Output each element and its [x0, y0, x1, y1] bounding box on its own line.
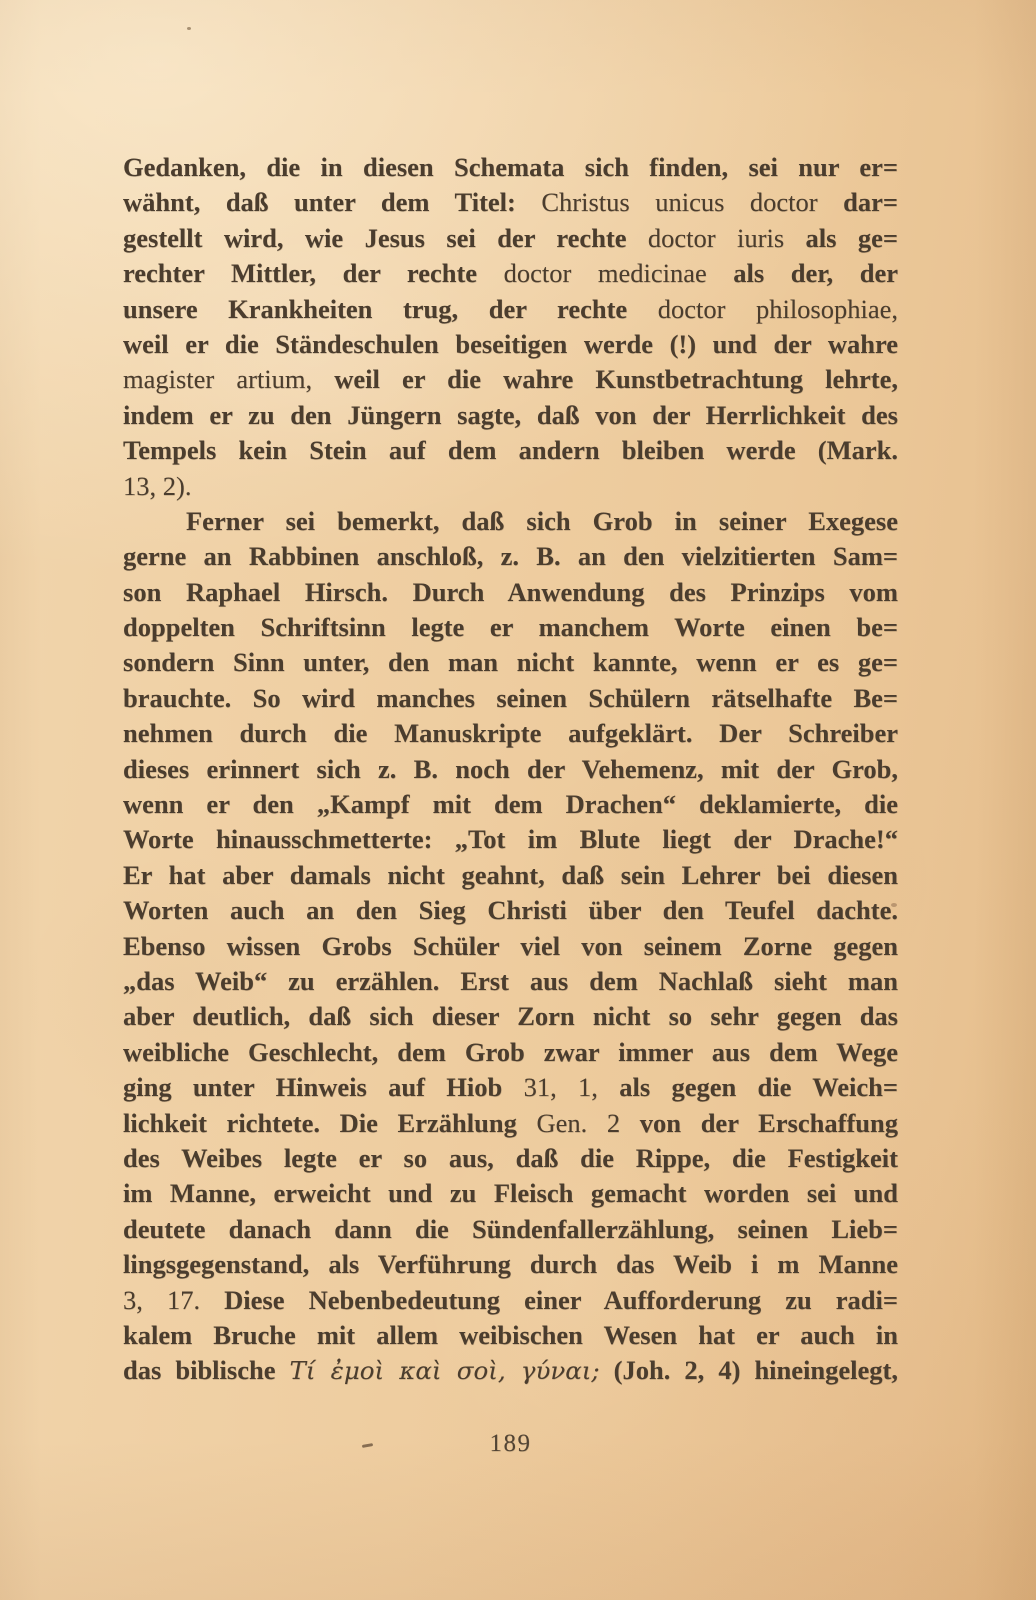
- text-line: indem er zu den Jüngern sagte, daß von d…: [123, 398, 898, 433]
- text-line-content: indem er zu den Jüngern sagte, daß von d…: [123, 400, 898, 430]
- text-segment-fraktur: aber deutlich, daß sich dieser Zorn nich…: [123, 1001, 898, 1031]
- text-line: Tempels kein Stein auf dem andern bleibe…: [123, 433, 898, 468]
- text-segment-fraktur: Ferner sei bemerkt, daß sich Grob in sei…: [186, 506, 898, 536]
- text-segment-greek: Τί ἐμοὶ καὶ σοὶ, γύναι;: [290, 1356, 600, 1385]
- text-segment-fraktur: wenn er den „Kampf mit dem Drachen“ dekl…: [123, 789, 898, 819]
- text-line: kalem Bruche mit allem weibischen Wesen …: [123, 1318, 898, 1353]
- paper-speck: [187, 27, 191, 30]
- text-line: „das Weib“ zu erzählen. Erst aus dem Nac…: [123, 964, 898, 999]
- text-line-content: lichkeit richtete. Die Erzählung Gen. 2 …: [123, 1108, 898, 1138]
- text-line-content: gestellt wird, wie Jesus sei der rechte …: [123, 223, 898, 253]
- text-line: nehmen durch die Manuskripte aufgeklärt.…: [123, 716, 898, 751]
- text-segment-fraktur: Tempels kein Stein auf dem andern bleibe…: [123, 435, 898, 465]
- text-line: Gedanken, die in diesen Schemata sich fi…: [123, 150, 898, 185]
- text-segment-fraktur: doppelten Schriftsinn legte er manchem W…: [123, 612, 898, 642]
- text-segment-antiqua: Gen. 2: [536, 1108, 620, 1138]
- text-line-content: rechter Mittler, der rechte doctor medic…: [123, 258, 898, 288]
- text-segment-fraktur: Er hat aber damals nicht geahnt, daß sei…: [123, 860, 898, 890]
- text-line-content: 3, 17. Diese Nebenbedeutung einer Auffor…: [123, 1285, 898, 1315]
- text-segment-fraktur: deutete danach dann die Sündenfallerzähl…: [123, 1214, 898, 1244]
- text-segment-fraktur: Gedanken, die in diesen Schemata sich fi…: [123, 152, 898, 182]
- text-segment-fraktur: ging unter Hinweis auf Hiob: [123, 1072, 524, 1102]
- text-line: gerne an Rabbinen anschloß, z. B. an den…: [123, 539, 898, 574]
- text-segment-fraktur: weil er die wahre Kunstbetrachtung lehrt…: [312, 364, 898, 394]
- text-segment-fraktur: indem er zu den Jüngern sagte, daß von d…: [123, 400, 898, 430]
- text-line-content: 13, 2).: [123, 471, 191, 501]
- text-line-content: „das Weib“ zu erzählen. Erst aus dem Nac…: [123, 966, 898, 996]
- text-line: im Manne, erweicht und zu Fleisch gemach…: [123, 1176, 898, 1211]
- text-line-content: son Raphael Hirsch. Durch Anwendung des …: [123, 577, 898, 607]
- text-segment-fraktur: kalem Bruche mit allem weibischen Wesen …: [123, 1320, 898, 1350]
- text-line-content: gerne an Rabbinen anschloß, z. B. an den…: [123, 541, 898, 571]
- text-line: Worte hinausschmetterte: „Tot im Blute l…: [123, 822, 898, 857]
- text-segment-fraktur: gerne an Rabbinen anschloß, z. B. an den…: [123, 541, 898, 571]
- text-line-content: Gedanken, die in diesen Schemata sich fi…: [123, 152, 898, 182]
- text-segment-fraktur: als der, der: [707, 258, 898, 288]
- text-segment-fraktur: son Raphael Hirsch. Durch Anwendung des …: [123, 577, 898, 607]
- text-segment-fraktur: als gegen die Weich=: [598, 1072, 898, 1102]
- text-segment-fraktur: rechter Mittler, der rechte: [123, 258, 504, 288]
- text-line: 3, 17. Diese Nebenbedeutung einer Auffor…: [123, 1283, 898, 1318]
- text-line-content: kalem Bruche mit allem weibischen Wesen …: [123, 1320, 898, 1350]
- text-line: Ebenso wissen Grobs Schüler viel von sei…: [123, 929, 898, 964]
- text-line-content: Ebenso wissen Grobs Schüler viel von sei…: [123, 931, 898, 961]
- text-segment-fraktur: als ge=: [784, 223, 898, 253]
- text-line-content: lingsgegenstand, als Verführung durch da…: [123, 1249, 898, 1279]
- text-line-content: Worten auch an den Sieg Christi über den…: [123, 895, 898, 925]
- text-segment-fraktur: lichkeit richtete. Die Erzählung: [123, 1108, 536, 1138]
- text-line: Worten auch an den Sieg Christi über den…: [123, 893, 898, 928]
- text-segment-antiqua: doctor philosophiae,: [658, 294, 898, 324]
- text-segment-fraktur: nehmen durch die Manuskripte aufgeklärt.…: [123, 718, 898, 748]
- text-line: deutete danach dann die Sündenfallerzähl…: [123, 1212, 898, 1247]
- text-segment-fraktur: weil er die Ständeschulen beseitigen wer…: [123, 329, 898, 359]
- text-segment-fraktur: weibliche Geschlecht, dem Grob zwar imme…: [123, 1037, 898, 1067]
- text-line-content: wähnt, daß unter dem Titel: Christus uni…: [123, 187, 898, 217]
- text-line-content: das biblische Τί ἐμοὶ καὶ σοὶ, γύναι; (J…: [123, 1355, 898, 1385]
- text-line: Ferner sei bemerkt, daß sich Grob in sei…: [123, 504, 898, 539]
- text-line-content: weil er die Ständeschulen beseitigen wer…: [123, 329, 898, 359]
- text-segment-fraktur: Ebenso wissen Grobs Schüler viel von sei…: [123, 931, 898, 961]
- text-line-content: ging unter Hinweis auf Hiob 31, 1, als g…: [123, 1072, 898, 1102]
- text-segment-fraktur: von der Erschaffung: [620, 1108, 898, 1138]
- text-segment-fraktur: (Joh. 2, 4) hineingelegt,: [600, 1355, 898, 1385]
- text-line-content: sondern Sinn unter, den man nicht kannte…: [123, 647, 898, 677]
- text-segment-antiqua: 3, 17.: [123, 1285, 200, 1315]
- text-line: wähnt, daß unter dem Titel: Christus uni…: [123, 185, 898, 220]
- text-segment-antiqua: doctor iuris: [648, 223, 784, 253]
- text-line-content: aber deutlich, daß sich dieser Zorn nich…: [123, 1001, 898, 1031]
- text-segment-antiqua: magister artium,: [123, 364, 312, 394]
- text-line: son Raphael Hirsch. Durch Anwendung des …: [123, 575, 898, 610]
- text-line-content: brauchte. So wird manches seinen Schüler…: [123, 683, 898, 713]
- page-number: 189: [123, 1428, 898, 1460]
- text-line-content: unsere Krankheiten trug, der rechte doct…: [123, 294, 898, 324]
- text-line-content: Tempels kein Stein auf dem andern bleibe…: [123, 435, 898, 465]
- text-segment-fraktur: das biblische: [123, 1355, 290, 1385]
- text-line-content: nehmen durch die Manuskripte aufgeklärt.…: [123, 718, 898, 748]
- text-line: brauchte. So wird manches seinen Schüler…: [123, 681, 898, 716]
- text-line: sondern Sinn unter, den man nicht kannte…: [123, 645, 898, 680]
- text-line-content: Worte hinausschmetterte: „Tot im Blute l…: [123, 824, 898, 854]
- text-line-content: des Weibes legte er so aus, daß die Ripp…: [123, 1143, 898, 1173]
- text-segment-fraktur: brauchte. So wird manches seinen Schüler…: [123, 683, 898, 713]
- text-line: lichkeit richtete. Die Erzählung Gen. 2 …: [123, 1106, 898, 1141]
- text-segment-fraktur: „das Weib“ zu erzählen. Erst aus dem Nac…: [123, 966, 898, 996]
- text-segment-fraktur: Worten auch an den Sieg Christi über den…: [123, 895, 898, 925]
- page-text-block: Gedanken, die in diesen Schemata sich fi…: [123, 150, 898, 1389]
- text-line: ging unter Hinweis auf Hiob 31, 1, als g…: [123, 1070, 898, 1105]
- text-segment-antiqua: 13, 2).: [123, 471, 191, 501]
- text-line: doppelten Schriftsinn legte er manchem W…: [123, 610, 898, 645]
- text-line: das biblische Τί ἐμοὶ καὶ σοὶ, γύναι; (J…: [123, 1353, 898, 1388]
- text-segment-fraktur: wähnt, daß unter dem Titel:: [123, 187, 541, 217]
- text-line: unsere Krankheiten trug, der rechte doct…: [123, 292, 898, 327]
- text-line: wenn er den „Kampf mit dem Drachen“ dekl…: [123, 787, 898, 822]
- text-line: magister artium, weil er die wahre Kunst…: [123, 362, 898, 397]
- text-segment-fraktur: des Weibes legte er so aus, daß die Ripp…: [123, 1143, 898, 1173]
- text-segment-fraktur: gestellt wird, wie Jesus sei der rechte: [123, 223, 648, 253]
- text-line-content: weibliche Geschlecht, dem Grob zwar imme…: [123, 1037, 898, 1067]
- text-line-content: im Manne, erweicht und zu Fleisch gemach…: [123, 1178, 898, 1208]
- text-line-content: magister artium, weil er die wahre Kunst…: [123, 364, 898, 394]
- text-line: weibliche Geschlecht, dem Grob zwar imme…: [123, 1035, 898, 1070]
- book-page: Gedanken, die in diesen Schemata sich fi…: [0, 0, 1036, 1600]
- text-segment-antiqua: doctor medicinae: [504, 258, 707, 288]
- text-line-content: deutete danach dann die Sündenfallerzähl…: [123, 1214, 898, 1244]
- text-segment-fraktur: im Manne, erweicht und zu Fleisch gemach…: [123, 1178, 898, 1208]
- text-line-content: Ferner sei bemerkt, daß sich Grob in sei…: [186, 506, 898, 536]
- text-line: Er hat aber damals nicht geahnt, daß sei…: [123, 858, 898, 893]
- text-line-content: doppelten Schriftsinn legte er manchem W…: [123, 612, 898, 642]
- text-segment-antiqua: Christus unicus doctor: [541, 187, 817, 217]
- text-line-content: wenn er den „Kampf mit dem Drachen“ dekl…: [123, 789, 898, 819]
- text-line: gestellt wird, wie Jesus sei der rechte …: [123, 221, 898, 256]
- text-line-content: dieses erinnert sich z. B. noch der Vehe…: [123, 754, 898, 784]
- text-segment-fraktur: Diese Nebenbedeutung einer Aufforderung …: [200, 1285, 898, 1315]
- text-segment-fraktur: Worte hinausschmetterte: „Tot im Blute l…: [123, 824, 898, 854]
- text-segment-fraktur: lingsgegenstand, als Verführung durch da…: [123, 1249, 898, 1279]
- text-segment-fraktur: sondern Sinn unter, den man nicht kannte…: [123, 647, 898, 677]
- text-line: lingsgegenstand, als Verführung durch da…: [123, 1247, 898, 1282]
- text-line: 13, 2).: [123, 469, 898, 504]
- text-segment-antiqua: 31, 1,: [524, 1072, 598, 1102]
- text-segment-fraktur: dieses erinnert sich z. B. noch der Vehe…: [123, 754, 898, 784]
- text-line: rechter Mittler, der rechte doctor medic…: [123, 256, 898, 291]
- text-line: weil er die Ständeschulen beseitigen wer…: [123, 327, 898, 362]
- text-line-content: Er hat aber damals nicht geahnt, daß sei…: [123, 860, 898, 890]
- text-line: dieses erinnert sich z. B. noch der Vehe…: [123, 752, 898, 787]
- text-line: des Weibes legte er so aus, daß die Ripp…: [123, 1141, 898, 1176]
- text-line: aber deutlich, daß sich dieser Zorn nich…: [123, 999, 898, 1034]
- text-segment-fraktur: dar=: [818, 187, 898, 217]
- text-segment-fraktur: unsere Krankheiten trug, der rechte: [123, 294, 658, 324]
